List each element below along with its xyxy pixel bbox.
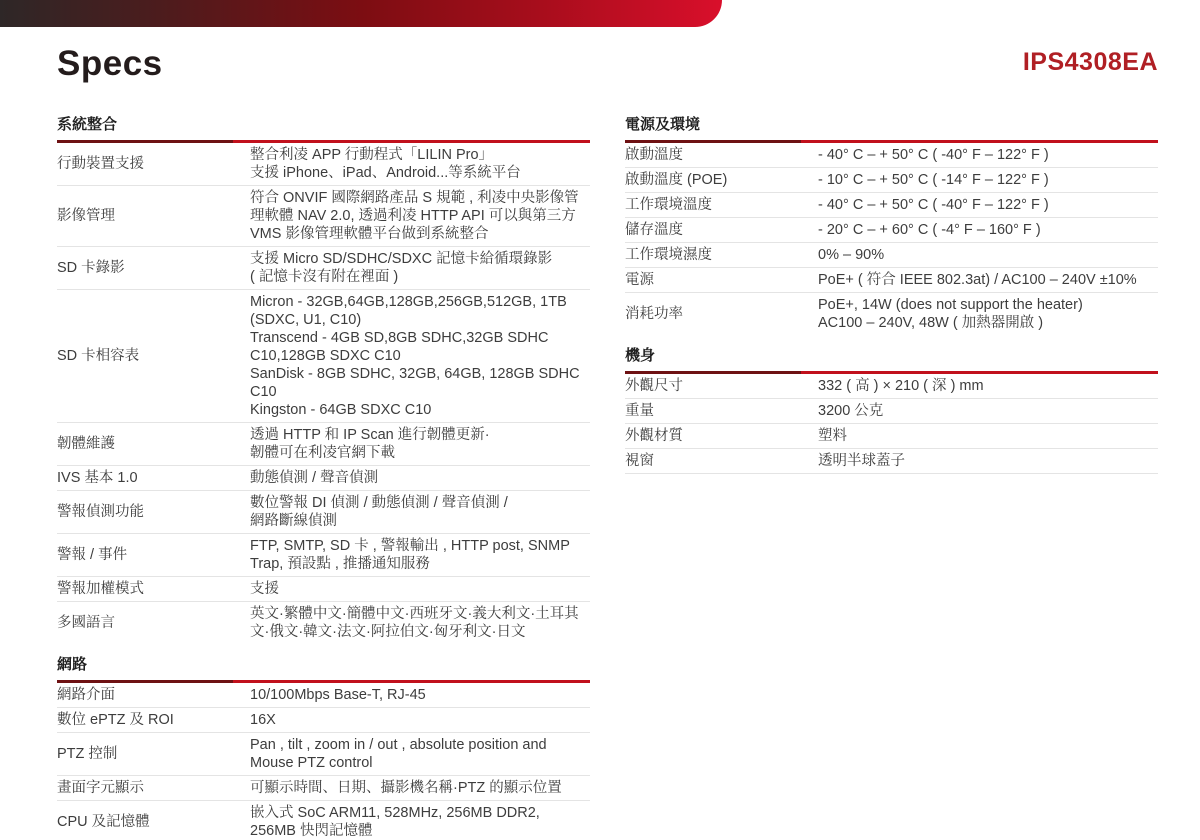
spec-value: 可顯示時間、日期、攝影機名稱·PTZ 的顯示位置 (250, 779, 590, 797)
page-title: Specs (57, 44, 163, 84)
spec-label: 外觀材質 (625, 427, 818, 445)
spec-value: 支援 Micro SD/SDHC/SDXC 記憶卡給循環錄影 ( 記憶卡沒有附在… (250, 250, 590, 286)
spec-value: - 40° C – + 50° C ( -40° F – 122° F ) (818, 146, 1158, 164)
spec-value: PoE+, 14W (does not support the heater) … (818, 296, 1158, 332)
spec-value: 整合利凌 APP 行動程式「LILIN Pro」 支援 iPhone、iPad、… (250, 146, 590, 182)
spec-value: - 10° C – + 50° C ( -14° F – 122° F ) (818, 171, 1158, 189)
spec-label: 工作環境濕度 (625, 246, 818, 264)
spec-row: 啟動溫度 (POE)- 10° C – + 50° C ( -14° F – 1… (625, 168, 1158, 193)
section-title: 機身 (625, 335, 1158, 371)
spec-row: 警報偵測功能數位警報 DI 偵測 / 動態偵測 / 聲音偵測 / 網路斷線偵測 (57, 491, 590, 534)
spec-row: 電源PoE+ ( 符合 IEEE 802.3at) / AC100 – 240V… (625, 268, 1158, 293)
spec-label: SD 卡相容表 (57, 347, 250, 365)
spec-value: Micron - 32GB,64GB,128GB,256GB,512GB, 1T… (250, 293, 590, 419)
spec-label: PTZ 控制 (57, 745, 250, 763)
spec-value: 塑料 (818, 427, 1158, 445)
spec-label: 儲存溫度 (625, 221, 818, 239)
spec-value: 符合 ONVIF 國際網路產品 S 規範 , 利凌中央影像管理軟體 NAV 2.… (250, 189, 590, 243)
spec-row: CPU 及記憶體嵌入式 SoC ARM11, 528MHz, 256MB DDR… (57, 801, 590, 840)
spec-value: - 40° C – + 50° C ( -40° F – 122° F ) (818, 196, 1158, 214)
spec-value: 數位警報 DI 偵測 / 動態偵測 / 聲音偵測 / 網路斷線偵測 (250, 494, 590, 530)
spec-row: 數位 ePTZ 及 ROI16X (57, 708, 590, 733)
spec-value: 嵌入式 SoC ARM11, 528MHz, 256MB DDR2, 256MB… (250, 804, 590, 840)
spec-row: PTZ 控制Pan , tilt , zoom in / out , absol… (57, 733, 590, 776)
spec-label: 數位 ePTZ 及 ROI (57, 711, 250, 729)
spec-value: - 20° C – + 60° C ( -4° F – 160° F ) (818, 221, 1158, 239)
spec-value: Pan , tilt , zoom in / out , absolute po… (250, 736, 590, 772)
header-brand-bar (0, 0, 722, 27)
spec-row: 警報 / 事件FTP, SMTP, SD 卡 , 警報輸出 , HTTP pos… (57, 534, 590, 577)
spec-section: 系統整合行動裝置支援整合利凌 APP 行動程式「LILIN Pro」 支援 iP… (57, 110, 590, 644)
spec-label: 啟動溫度 (POE) (625, 171, 818, 189)
spec-row: 影像管理符合 ONVIF 國際網路產品 S 規範 , 利凌中央影像管理軟體 NA… (57, 186, 590, 247)
spec-row: 工作環境溫度- 40° C – + 50° C ( -40° F – 122° … (625, 193, 1158, 218)
spec-label: 重量 (625, 402, 818, 420)
spec-value: 支援 (250, 580, 590, 598)
spec-value: FTP, SMTP, SD 卡 , 警報輸出 , HTTP post, SNMP… (250, 537, 590, 573)
spec-label: 警報偵測功能 (57, 503, 250, 521)
spec-label: 啟動溫度 (625, 146, 818, 164)
model-number: IPS4308EA (1023, 48, 1158, 77)
spec-value: 0% – 90% (818, 246, 1158, 264)
spec-label: CPU 及記憶體 (57, 813, 250, 831)
spec-label: 影像管理 (57, 207, 250, 225)
spec-value: PoE+ ( 符合 IEEE 802.3at) / AC100 – 240V ±… (818, 271, 1158, 289)
spec-label: 外觀尺寸 (625, 377, 818, 395)
spec-label: 畫面字元顯示 (57, 779, 250, 797)
spec-row: 韌體維護透過 HTTP 和 IP Scan 進行韌體更新· 韌體可在利凌官網下載 (57, 423, 590, 466)
spec-label: 消耗功率 (625, 305, 818, 323)
spec-value: 動態偵測 / 聲音偵測 (250, 469, 590, 487)
spec-label: 電源 (625, 271, 818, 289)
spec-section: 電源及環境啟動溫度- 40° C – + 50° C ( -40° F – 12… (625, 110, 1158, 335)
spec-label: 警報 / 事件 (57, 546, 250, 564)
spec-row: 消耗功率PoE+, 14W (does not support the heat… (625, 293, 1158, 335)
spec-label: 警報加權模式 (57, 580, 250, 598)
spec-section: 機身外觀尺寸332 ( 高 ) × 210 ( 深 ) mm重量3200 公克外… (625, 335, 1158, 474)
spec-row: 儲存溫度- 20° C – + 60° C ( -4° F – 160° F ) (625, 218, 1158, 243)
section-title: 網路 (57, 644, 590, 680)
spec-value: 332 ( 高 ) × 210 ( 深 ) mm (818, 377, 1158, 395)
spec-value: 10/100Mbps Base-T, RJ-45 (250, 686, 590, 704)
spec-row: 行動裝置支援整合利凌 APP 行動程式「LILIN Pro」 支援 iPhone… (57, 143, 590, 186)
spec-row: 外觀材質塑料 (625, 424, 1158, 449)
spec-row: 重量3200 公克 (625, 399, 1158, 424)
spec-value: 透明半球蓋子 (818, 452, 1158, 470)
spec-label: 韌體維護 (57, 435, 250, 453)
spec-section: 網路網路介面10/100Mbps Base-T, RJ-45數位 ePTZ 及 … (57, 644, 590, 840)
spec-label: 多國語言 (57, 614, 250, 632)
spec-value: 英文·繁體中文·簡體中文·西班牙文·義大利文·土耳其文·俄文·韓文·法文·阿拉伯… (250, 605, 590, 641)
spec-row: 工作環境濕度0% – 90% (625, 243, 1158, 268)
spec-row: 畫面字元顯示可顯示時間、日期、攝影機名稱·PTZ 的顯示位置 (57, 776, 590, 801)
spec-row: 外觀尺寸332 ( 高 ) × 210 ( 深 ) mm (625, 374, 1158, 399)
spec-table-right: 電源及環境啟動溫度- 40° C – + 50° C ( -40° F – 12… (625, 110, 1158, 474)
spec-table-left: 系統整合行動裝置支援整合利凌 APP 行動程式「LILIN Pro」 支援 iP… (57, 110, 590, 840)
spec-label: 網路介面 (57, 686, 250, 704)
spec-row: SD 卡相容表Micron - 32GB,64GB,128GB,256GB,51… (57, 290, 590, 423)
spec-row: IVS 基本 1.0動態偵測 / 聲音偵測 (57, 466, 590, 491)
spec-row: SD 卡錄影支援 Micro SD/SDHC/SDXC 記憶卡給循環錄影 ( 記… (57, 247, 590, 290)
spec-row: 多國語言英文·繁體中文·簡體中文·西班牙文·義大利文·土耳其文·俄文·韓文·法文… (57, 602, 590, 644)
spec-row: 網路介面10/100Mbps Base-T, RJ-45 (57, 683, 590, 708)
spec-label: 工作環境溫度 (625, 196, 818, 214)
section-title: 電源及環境 (625, 110, 1158, 140)
spec-row: 視窗透明半球蓋子 (625, 449, 1158, 474)
spec-value: 16X (250, 711, 590, 729)
spec-label: IVS 基本 1.0 (57, 469, 250, 487)
spec-value: 3200 公克 (818, 402, 1158, 420)
spec-value: 透過 HTTP 和 IP Scan 進行韌體更新· 韌體可在利凌官網下載 (250, 426, 590, 462)
spec-label: 視窗 (625, 452, 818, 470)
spec-label: 行動裝置支援 (57, 155, 250, 173)
spec-row: 警報加權模式支援 (57, 577, 590, 602)
spec-row: 啟動溫度- 40° C – + 50° C ( -40° F – 122° F … (625, 143, 1158, 168)
section-title: 系統整合 (57, 110, 590, 140)
spec-label: SD 卡錄影 (57, 259, 250, 277)
